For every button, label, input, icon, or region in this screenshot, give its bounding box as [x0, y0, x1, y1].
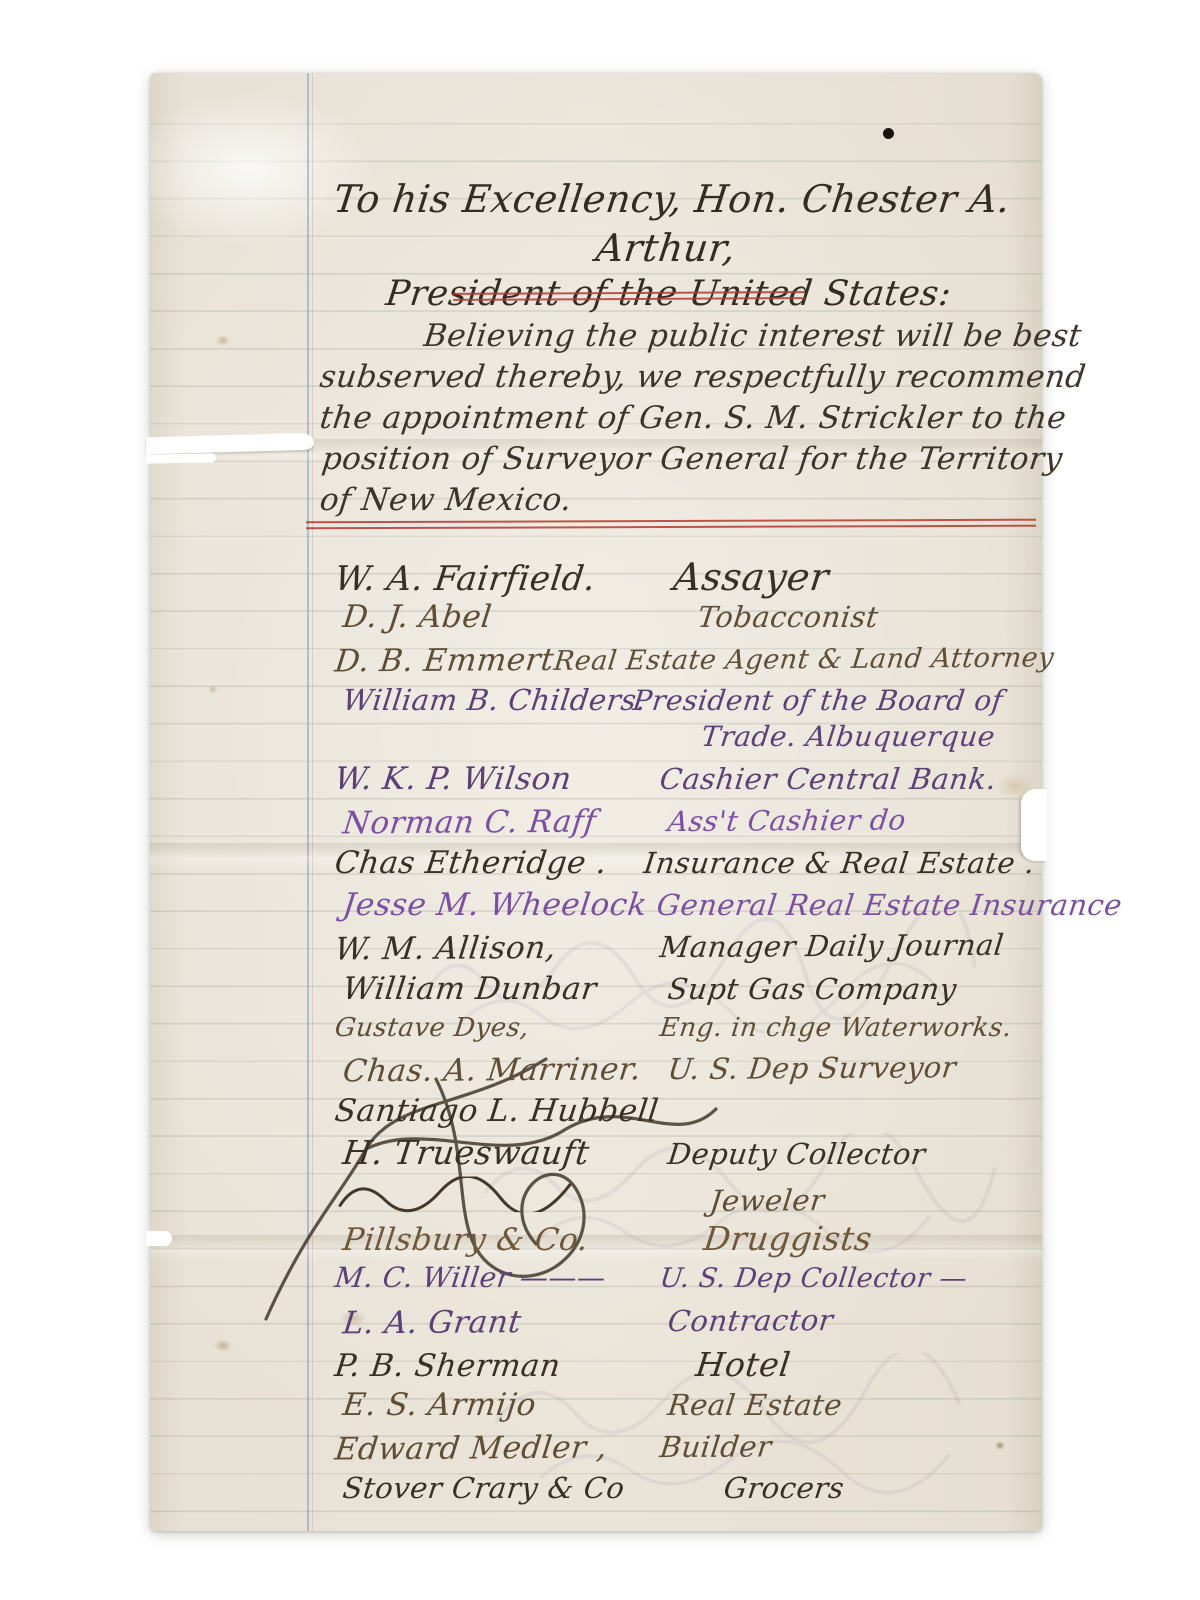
signature-name: L. A. Grant [341, 1303, 660, 1341]
signature-row: Norman C. Raff Ass't Cashier do [335, 801, 1035, 848]
signature-name: Santiago L. Hubbell [333, 1093, 652, 1129]
signature-row: D. J. Abel Tobacconist [335, 599, 1035, 641]
signature-name: Chas Etheridge . [333, 845, 637, 881]
petition-body: Believing the public interest will be be… [320, 316, 1036, 521]
signature-row: W. M. Allison, Manager Daily Journal [335, 927, 1035, 974]
signature-name: P. B. Sherman [333, 1348, 652, 1384]
signature-occupation: Supt Gas Company [656, 972, 1037, 1006]
signature-row: William Dunbar Supt Gas Company [335, 971, 1035, 1013]
signature-list: W. A. Fairfield. Assayer D. J. Abel Toba… [335, 555, 1035, 1513]
signature-occupation-line2: Trade. Albuquerque [333, 720, 1037, 753]
manuscript-page: To his Excellency, Hon. Chester A. Arthu… [150, 73, 1042, 1531]
signature-occupation: Assayer [647, 555, 1037, 599]
body-line: Believing the public interest will be be… [317, 316, 1084, 357]
signature-occupation: Cashier Central Bank. [648, 762, 1037, 796]
signature-name: Chas. A. Marriner. [341, 1051, 660, 1089]
signature-name: D. J. Abel [341, 599, 660, 635]
signature-occupation: Builder [648, 1428, 1037, 1465]
signature-row: E. S. Armijo Real Estate [335, 1387, 1035, 1429]
signature-occupation: General Real Estate Insurance [645, 888, 1124, 922]
signature-name: William B. Childers. [341, 683, 625, 717]
signature-occupation: Hotel [648, 1345, 1038, 1384]
signature-occupation: Real Estate Agent & Land Attorney [552, 642, 1056, 677]
signature-row: Jesse M. Wheelock General Real Estate In… [335, 887, 1035, 929]
signature-row: Chas. A. Marriner. U. S. Dep Surveyor [335, 1049, 1035, 1096]
signature-row: L. A. Grant Contractor [335, 1301, 1035, 1348]
signature-occupation: Real Estate [656, 1388, 1037, 1422]
body-line: the appointment of Gen. S. M. Strickler … [317, 398, 1068, 439]
body-line: subserved thereby, we respectfully recom… [317, 357, 1088, 398]
signature-name: W. K. P. Wilson [333, 761, 652, 797]
signature-name: M. C. Willer ——— [333, 1261, 652, 1294]
signature-row: D. B. Emmert Real Estate Agent & Land At… [335, 639, 1035, 686]
signature-name: D. B. Emmert [333, 642, 556, 680]
signature-name: W. A. Fairfield. [333, 559, 653, 599]
signature-occupation: Grocers [656, 1471, 1037, 1505]
flourished-signature [335, 1175, 650, 1221]
signature-occupation: Manager Daily Journal [648, 928, 1037, 965]
signature-occupation: U. S. Dep Surveyor [656, 1050, 1037, 1087]
signature-name: Jesse M. Wheelock [341, 887, 649, 923]
signature-name: William Dunbar [341, 971, 660, 1007]
body-line: position of Surveyor General for the Ter… [317, 439, 1064, 480]
signature-row: Pillsbury & Co. Druggists [335, 1219, 1035, 1261]
signature-row: W. K. P. Wilson Cashier Central Bank. [335, 761, 1035, 803]
signature-occupation: Eng. in chge Waterworks. [648, 1013, 1037, 1043]
ink-dot [883, 128, 894, 139]
signature-occupation: U. S. Dep Collector — [648, 1263, 1037, 1294]
signature-occupation: Contractor [656, 1302, 1037, 1339]
signature-occupation: President of the Board of [621, 684, 1037, 717]
signature-occupation: Ass't Cashier do [656, 803, 1037, 839]
signature-row: Gustave Dyes, Eng. in chge Waterworks. [335, 1013, 1035, 1051]
signature-row: H. Trueswauft Deputy Collector [335, 1133, 1035, 1175]
signature-name: W. M. Allison, [333, 929, 652, 967]
signature-occupation: Druggists [656, 1219, 1038, 1258]
signature-row: Stover Crary & Co Grocers [335, 1471, 1035, 1513]
signature-occupation: Jeweler [648, 1182, 1037, 1219]
signature-row: Chas Etheridge . Insurance & Real Estate… [335, 845, 1035, 887]
signature-name: Gustave Dyes, [333, 1013, 652, 1043]
signature-name: Stover Crary & Co [341, 1471, 660, 1505]
body-line: of New Mexico. [317, 480, 574, 521]
signature-row: P. B. Sherman Hotel [335, 1345, 1035, 1387]
signature-row: W. A. Fairfield. Assayer [335, 555, 1035, 599]
signature-row: William B. Childers. President of the Bo… [335, 683, 1035, 761]
signature-name: H. Trueswauft [341, 1133, 661, 1172]
signature-row: Jeweler [335, 1173, 1035, 1222]
signature-row: Edward Medler , Builder [335, 1427, 1035, 1474]
signature-name: E. S. Armijo [341, 1387, 660, 1423]
signature-name: Pillsbury & Co. [341, 1222, 660, 1258]
signature-row: M. C. Willer ——— U. S. Dep Collector — [335, 1261, 1035, 1303]
salutation-line-1: To his Excellency, Hon. Chester A. Arthu… [301, 175, 1037, 272]
signature-occupation: Tobacconist [656, 600, 1037, 634]
signature-name: Norman C. Raff [341, 803, 660, 841]
signature-row: Santiago L. Hubbell [335, 1093, 1035, 1133]
signature-occupation: Deputy Collector [656, 1137, 1037, 1171]
signature-name: Edward Medler , [333, 1429, 652, 1467]
signature-occupation: Insurance & Real Estate . [632, 846, 1037, 880]
